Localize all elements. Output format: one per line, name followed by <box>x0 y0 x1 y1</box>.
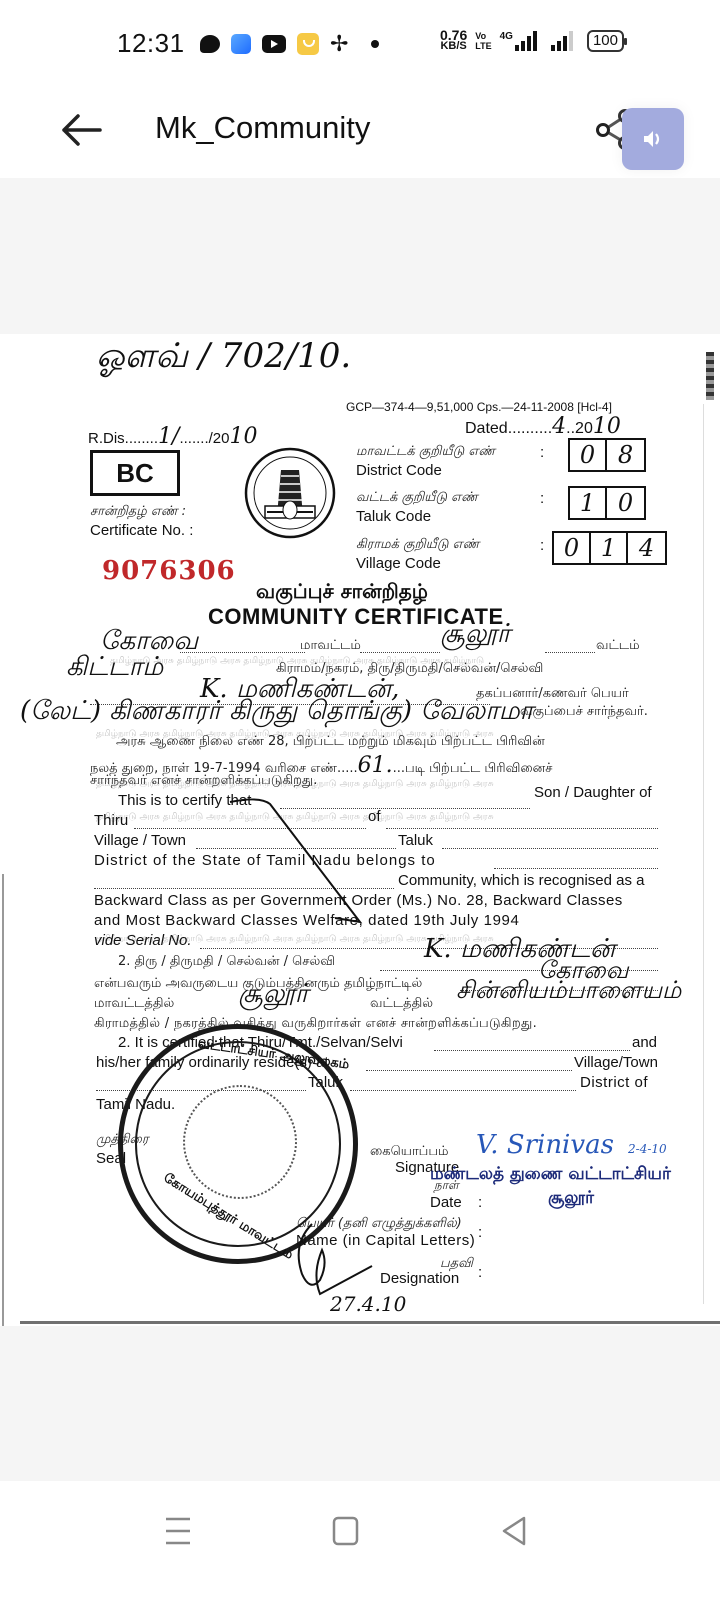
recents-button[interactable] <box>158 1511 198 1551</box>
residence-taluk-label: வட்டத்தில் <box>370 996 433 1012</box>
taluk-label: Taluk <box>398 832 433 849</box>
date-label: Date <box>430 1194 462 1211</box>
code-digit: 0 <box>554 533 591 563</box>
dated-value: 4 <box>552 414 566 439</box>
signal-icon-sim2 <box>551 31 573 51</box>
officer-title-stamp: மண்டலத் துணை வட்டாட்சியர் <box>430 1164 671 1186</box>
scan-edge-bottom <box>20 1321 720 1324</box>
volte-top: Vo <box>475 31 491 41</box>
dated-label: Dated.......... <box>465 420 552 437</box>
village-code-boxes: 0 1 4 <box>552 531 667 565</box>
handwritten-reference: ஓளவ் / 702/10. <box>96 336 351 380</box>
serial-handwritten: 61. <box>358 753 393 778</box>
residence-line-ta-4: கிராமத்தில் / நகரத்தில் வசித்து வருகிறார… <box>94 1016 537 1032</box>
home-button[interactable] <box>326 1511 366 1551</box>
more-dot-icon <box>371 40 379 48</box>
pinwheel-icon: ✢ <box>330 33 352 55</box>
scan-edge-right <box>706 352 714 400</box>
rdis-field: R.Dis........1/......./2010 <box>88 424 258 449</box>
taluk-label-ta: வட்டம் <box>596 638 640 654</box>
district-code-boxes: 0 8 <box>568 438 646 472</box>
residence-village-handwritten: சின்னியம்பாளையம் <box>456 976 681 1007</box>
and-label: and <box>632 1034 657 1051</box>
colon: : <box>478 1264 482 1281</box>
thiru-label: Thiru <box>94 812 128 829</box>
blue-app-icon <box>231 34 251 54</box>
taluk-handwritten: சூலூர் <box>440 619 510 652</box>
district-label-ta: மாவட்டம் <box>300 638 361 654</box>
village-code-label: Village Code <box>356 555 441 572</box>
rdis-label: R.Dis. <box>88 430 129 447</box>
dated-year-suffix: 10 <box>593 414 621 439</box>
home-square-icon <box>326 1511 366 1551</box>
colon: : <box>540 490 544 507</box>
residence-prefix-ta: 2. திரு / திருமதி / செல்வன் / செல்வி <box>118 954 335 970</box>
signature-label-ta: கையொப்பம் <box>370 1144 448 1160</box>
bottom-handwritten-date: 27.4.10 <box>330 1292 406 1316</box>
village-town-label-2: Village/Town <box>574 1054 658 1071</box>
community-label-ta: வகுப்பைச் சார்ந்தவர். <box>520 704 648 720</box>
youtube-icon <box>262 35 286 53</box>
village-town-label: Village / Town <box>94 832 186 849</box>
residence-taluk-handwritten: சூலூர் <box>238 979 308 1012</box>
network-type: 4G <box>500 31 513 42</box>
category-badge: BC <box>90 450 180 496</box>
print-code: GCP—374-4—9,51,000 Cps.—24-11-2008 [Hcl-… <box>346 400 612 414</box>
certificate-number: 9076306 <box>102 556 236 586</box>
date-label-ta: நாள் <box>434 1178 459 1194</box>
viewer-background-bottom <box>0 1326 720 1481</box>
speaker-icon <box>640 126 666 152</box>
go-line-ta-3: சார்ந்தவர் எனச் சான்றளிக்கப்படுகிறது. <box>90 773 317 789</box>
district-code-label: District Code <box>356 462 442 479</box>
residence-district-label: மாவட்டத்தில் <box>94 996 174 1012</box>
district-code-label-ta: மாவட்டக் குறியீடு எண் <box>356 444 495 460</box>
speed-unit: KB/S <box>440 41 467 52</box>
scan-edge-left <box>2 874 8 1326</box>
serial-no-line: vide Serial No. <box>94 932 192 949</box>
community-recognised-line: Community, which is recognised as a <box>398 872 645 889</box>
code-digit: 1 <box>591 533 628 563</box>
district-of-label: District of <box>580 1074 648 1091</box>
code-digit: 8 <box>607 440 644 470</box>
pen-strike-mark <box>220 794 380 934</box>
system-nav-bar <box>0 1481 720 1612</box>
status-bar: 12:31 ✢ 0.76 KB/S Vo LTE 4G 100 <box>0 0 720 92</box>
officer-place-stamp: சூலூர் <box>548 1188 594 1210</box>
scan-edge-line <box>703 404 704 1304</box>
dated-year-prefix: ..20 <box>566 420 593 437</box>
code-digit: 0 <box>570 440 607 470</box>
back-nav-button[interactable] <box>494 1511 534 1551</box>
code-digit: 0 <box>607 488 644 518</box>
battery-icon: 100 <box>587 30 624 52</box>
app-bar: Mk_Community <box>0 92 720 178</box>
stamp-bottom-text: கோயம்புத்தூர் மாவட்டம் <box>160 1170 296 1263</box>
village-code-label-ta: கிராமக் குறியீடு எண் <box>356 537 479 553</box>
rdis-value: 1/ <box>158 424 179 449</box>
rdis-year-prefix: /20 <box>209 430 230 447</box>
certificate-document[interactable]: ஓளவ் / 702/10. GCP—374-4—9,51,000 Cps.—2… <box>0 334 720 1326</box>
designation-label: Designation <box>380 1270 459 1287</box>
chat-bubble-icon <box>200 35 220 53</box>
village-handwritten: கிட்டாம் <box>66 652 163 685</box>
colon: : <box>540 444 544 461</box>
system-indicators: 0.76 KB/S Vo LTE 4G 100 <box>440 30 624 52</box>
code-digit: 1 <box>570 488 607 518</box>
go-line-ta-2b: ...படி பிற்பட்ட பிரிவினைச் <box>393 761 553 776</box>
colon: : <box>478 1194 482 1211</box>
back-button[interactable] <box>58 110 106 150</box>
tamil-nadu-emblem-icon <box>243 446 337 540</box>
clock: 12:31 <box>117 28 185 59</box>
certificate-no-label: Certificate No. : <box>90 522 193 539</box>
network-speed: 0.76 KB/S <box>440 30 467 52</box>
dated-field: Dated..........4..2010 <box>465 414 621 439</box>
go-line-ta-1: அரசு ஆணை நிலை எண் 28, பிற்பட்ட மற்றும் ம… <box>116 734 545 750</box>
taluk-code-label-ta: வட்டக் குறியீடு எண் <box>356 490 478 506</box>
colon: : <box>540 537 544 554</box>
notification-icons: ✢ <box>200 33 379 55</box>
menu-icon <box>158 1511 198 1551</box>
viewer-background-top <box>0 178 720 334</box>
son-daughter-label: Son / Daughter of <box>534 784 652 801</box>
signature-handwritten: V. Srinivas <box>476 1130 614 1160</box>
floating-speaker-button[interactable] <box>622 108 684 170</box>
yellow-app-icon <box>297 33 319 55</box>
arrow-left-icon <box>58 110 106 150</box>
signature-date-handwritten: 2-4-10 <box>628 1142 667 1156</box>
certificate-title-ta: வகுப்புச் சான்றிதழ் <box>256 579 428 606</box>
colon: : <box>478 1224 482 1241</box>
back-triangle-icon <box>494 1511 534 1551</box>
code-digit: 4 <box>628 533 665 563</box>
volte-icon: Vo LTE <box>475 31 491 51</box>
page-title: Mk_Community <box>155 110 370 146</box>
taluk-code-boxes: 1 0 <box>568 486 646 520</box>
taluk-code-label: Taluk Code <box>356 508 431 525</box>
signal-icon-sim1 <box>515 31 537 51</box>
community-handwritten: (லேட்) கிணகாரர் கிருது தொங்கு) வேலாமா <box>20 696 533 729</box>
volte-bottom: LTE <box>475 41 491 51</box>
certificate-no-label-ta: சான்றிதழ் எண் : <box>90 504 186 520</box>
